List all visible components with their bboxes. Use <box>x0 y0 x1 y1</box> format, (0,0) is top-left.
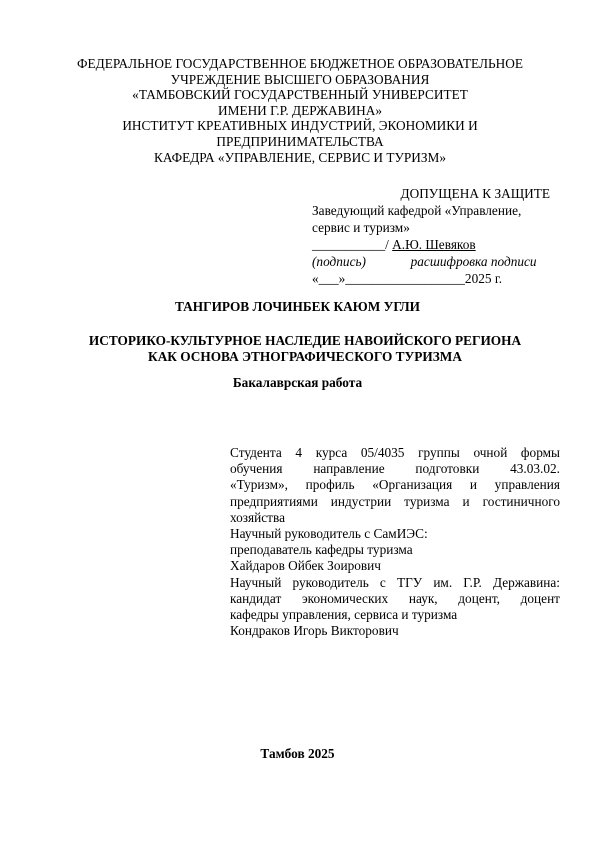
header-line: КАФЕДРА «УПРАВЛЕНИЕ, СЕРВИС И ТУРИЗМ» <box>40 150 560 166</box>
thesis-title-line: КАК ОСНОВА ЭТНОГРАФИЧЕСКОГО ТУРИЗМА <box>60 349 550 365</box>
header-line: ПРЕДПРИНИМАТЕЛЬСТВА <box>40 134 560 150</box>
student-line: хозяйства <box>230 510 560 526</box>
student-line: предприятиями индустрии туризма и гостин… <box>230 494 560 510</box>
author-name: ТАНГИРОВ ЛОЧИНБЕК КАЮМ УГЛИ <box>0 299 595 315</box>
header-line: ИМЕНИ Г.Р. ДЕРЖАВИНА» <box>40 103 560 119</box>
date-month: __________________ <box>345 271 465 286</box>
approval-title: ДОПУЩЕНА К ЗАЩИТЕ <box>312 185 562 202</box>
header-line: ФЕДЕРАЛЬНОЕ ГОСУДАРСТВЕННОЕ БЮДЖЕТНОЕ ОБ… <box>40 56 560 72</box>
institution-header: ФЕДЕРАЛЬНОЕ ГОСУДАРСТВЕННОЕ БЮДЖЕТНОЕ ОБ… <box>40 56 560 165</box>
decode-caption: расшифровка подписи <box>411 254 537 269</box>
supervisor2-line: кандидат экономических наук, доцент, доц… <box>230 591 560 607</box>
signature-caption: (подпись) <box>312 254 366 269</box>
signature-blank: ___________/ <box>312 237 389 252</box>
date-day: «___» <box>312 271 345 286</box>
header-line: ИНСТИТУТ КРЕАТИВНЫХ ИНДУСТРИЙ, ЭКОНОМИКИ… <box>40 118 560 134</box>
student-line: Студента 4 курса 05/4035 группы очной фо… <box>230 445 560 461</box>
signer-name: А.Ю. Шевяков <box>392 237 476 252</box>
supervisor2-name: Кондраков Игорь Викторович <box>230 623 560 639</box>
date-year: 2025 г. <box>465 271 502 286</box>
date-line: «___»__________________2025 г. <box>312 270 562 287</box>
city-year: Тамбов 2025 <box>0 746 595 762</box>
thesis-title: ИСТОРИКО-КУЛЬТУРНОЕ НАСЛЕДИЕ НАВОИЙСКОГО… <box>60 333 550 365</box>
supervisor1-position: преподаватель кафедры туризма <box>230 542 560 558</box>
supervisor2-line: кафедры управления, сервиса и туризма <box>230 607 560 623</box>
signature-captions: (подпись) расшифровка подписи <box>312 253 562 270</box>
student-info: Студента 4 курса 05/4035 группы очной фо… <box>230 445 560 639</box>
header-line: «ТАМБОВСКИЙ ГОСУДАРСТВЕННЫЙ УНИВЕРСИТЕТ <box>40 87 560 103</box>
supervisor1-label: Научный руководитель с СамИЭС: <box>230 526 560 542</box>
supervisor1-name: Хайдаров Ойбек Зоирович <box>230 558 560 574</box>
student-line: обучения направление подготовки 43.03.02… <box>230 461 560 477</box>
supervisor2-line: Научный руководитель с ТГУ им. Г.Р. Держ… <box>230 575 560 591</box>
header-line: УЧРЕЖДЕНИЕ ВЫСШЕГО ОБРАЗОВАНИЯ <box>40 72 560 88</box>
signature-line: ___________/ А.Ю. Шевяков <box>312 236 562 253</box>
approval-position-cont: сервис и туризм» <box>312 219 562 236</box>
thesis-title-line: ИСТОРИКО-КУЛЬТУРНОЕ НАСЛЕДИЕ НАВОИЙСКОГО… <box>60 333 550 349</box>
approval-position: Заведующий кафедрой «Управление, <box>312 202 562 219</box>
approval-block: ДОПУЩЕНА К ЗАЩИТЕ Заведующий кафедрой «У… <box>312 185 562 287</box>
work-type: Бакалаврская работа <box>0 375 595 391</box>
student-line: «Туризм», профиль «Организация и управле… <box>230 477 560 493</box>
